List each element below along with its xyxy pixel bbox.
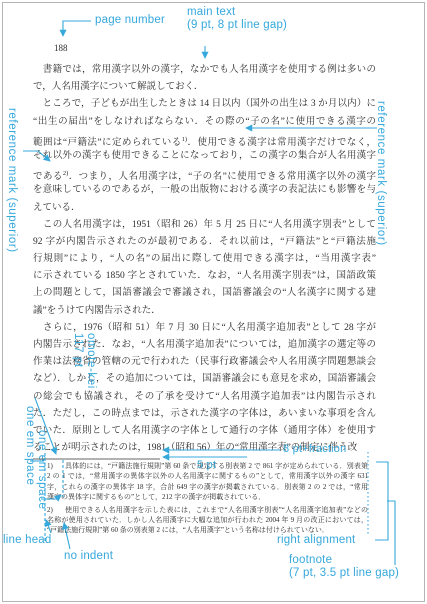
main-text-line: に示されている 1850 字とされていた．なお，“人名用漢字別表”は，国語政策 (33, 268, 376, 285)
label-main-text: main text (9 pt, 8 pt line gap) (187, 6, 287, 32)
leader-page-number (63, 21, 91, 36)
main-text-line: た．ただし，この時点までは，示された漢字の字体は，あいまいな事項を含ん (33, 406, 376, 423)
main-text-line: “出生の届出”をしなければならない．その際の“子の名”に使用できる漢字の (33, 114, 376, 131)
footnote-line: 2 の 1 では，“常用漢字の異体字以外の人名用漢字に関するもの”として，常用漢… (47, 471, 368, 481)
label-main-text-line1: main text (187, 6, 287, 19)
main-text-line: それ以外の漢字も使用できることになっており，この漢字の集合が人名用漢字 (33, 148, 376, 165)
footnote-line: 名称が使用されていた．しかし人名用漢字に大幅な追加が行われた 2004 年 9 … (47, 515, 368, 525)
main-text-line: ところで，子どもが出生したときは 14 日以内（国外の出生は 3 か月以内）に (33, 96, 376, 113)
main-text-line: 上の問題として，国語審議会で審議され，国語審議会の“人名漢字に関する建 (33, 285, 376, 302)
label-page-number: page number (95, 14, 165, 27)
footnote-line: 漢字の異体字に関するもの”として，212 字の漢字が掲載されている． (47, 492, 368, 502)
label-main-text-line2: (9 pt, 8 pt line gap) (187, 19, 287, 32)
main-text-line: で，人名用漢字について解説しておく． (33, 79, 376, 96)
label-omote-kei: omote-kei 117 pt (71, 333, 97, 389)
bracket-right-alignment (375, 462, 388, 540)
label-footnote: footnote (7 pt, 3.5 pt line gap) (289, 554, 399, 580)
label-five-pt: 5 pt (197, 459, 216, 472)
typography-spec-figure: 188 書籍では，常用漢字以外の漢字，なかでも人名用漢字を使用する例は多いので，… (0, 0, 427, 604)
main-text-line: えている． (33, 200, 376, 217)
main-text-line: 議”をうけて内閣告示された． (33, 303, 376, 320)
label-no-indent: no indent (64, 550, 113, 563)
label-reference-mark-right: reference mark (superior) (374, 101, 387, 246)
main-text-line: を意味しているのであるが，一般の出版物における漢字の表記法にも影響を与 (33, 182, 376, 199)
label-footnote-line1: footnote (289, 554, 399, 567)
footnote: 2)使用できる人名用漢字を示した表には，これまで“人名用漢字別表”“人名用漢字追… (47, 505, 368, 536)
label-reference-mark-left: reference mark (superior) (5, 108, 18, 253)
main-text-line: 92 字が内閣告示されたのが最初である．それ以前は，“戸籍法”と“戸籍法施 (33, 234, 376, 251)
footnote-block: 1)具体的には，“戸籍法施行規則”第 60 条で規定する別表第 2 で 861 … (47, 461, 368, 536)
label-omote-kei-line1: omote-kei (84, 333, 97, 389)
footnote-line: 字，これらの漢字の異体字 18 字，合計 649 字の漢字が掲載されている．別表… (47, 482, 368, 492)
label-omote-kei-line2: 117 pt (71, 333, 84, 389)
main-text-line: 範囲は“戸籍法”に定められている1)．使用できる漢字は常用漢字だけでなく， (33, 131, 376, 148)
page-number: 188 (54, 43, 68, 53)
main-text-line: 書籍では，常用漢字以外の漢字，なかでも人名用漢字を使用する例は多いの (33, 62, 376, 79)
main-text-line: 行規則”により，“人の名”の届出に際して使用できる漢字は，“当用漢字表” (33, 251, 376, 268)
main-text-line: の総会でも協議され，その了承を受けて“人名用漢字追加表”は内閣告示され (33, 389, 376, 406)
label-right-alignment: right alignment (277, 534, 355, 547)
label-eight-pt: 8 pt+fraction (283, 443, 346, 456)
main-text-line: この人名用漢字は，1951（昭和 26）年 5 月 25 日に“人名用漢字別表”… (33, 217, 376, 234)
label-line-head: line head (3, 534, 51, 547)
label-footnote-line2: (7 pt, 3.5 pt line gap) (289, 567, 399, 580)
footnote-line: 2)使用できる人名用漢字を示した表には，これまで“人名用漢字別表”“人名用漢字追… (47, 505, 368, 515)
main-text-line: である2)．つまり，人名用漢字は，“子の名”に使用できる常用漢字以外の漢字 (33, 165, 376, 182)
label-one-em-space-2: one em space (35, 430, 48, 509)
main-text-line: でいた．原則として人名用漢字の字体として通行の字体（通用字体）を使用す (33, 423, 376, 440)
main-text: 書籍では，常用漢字以外の漢字，なかでも人名用漢字を使用する例は多いので，人名用漢… (33, 62, 376, 457)
